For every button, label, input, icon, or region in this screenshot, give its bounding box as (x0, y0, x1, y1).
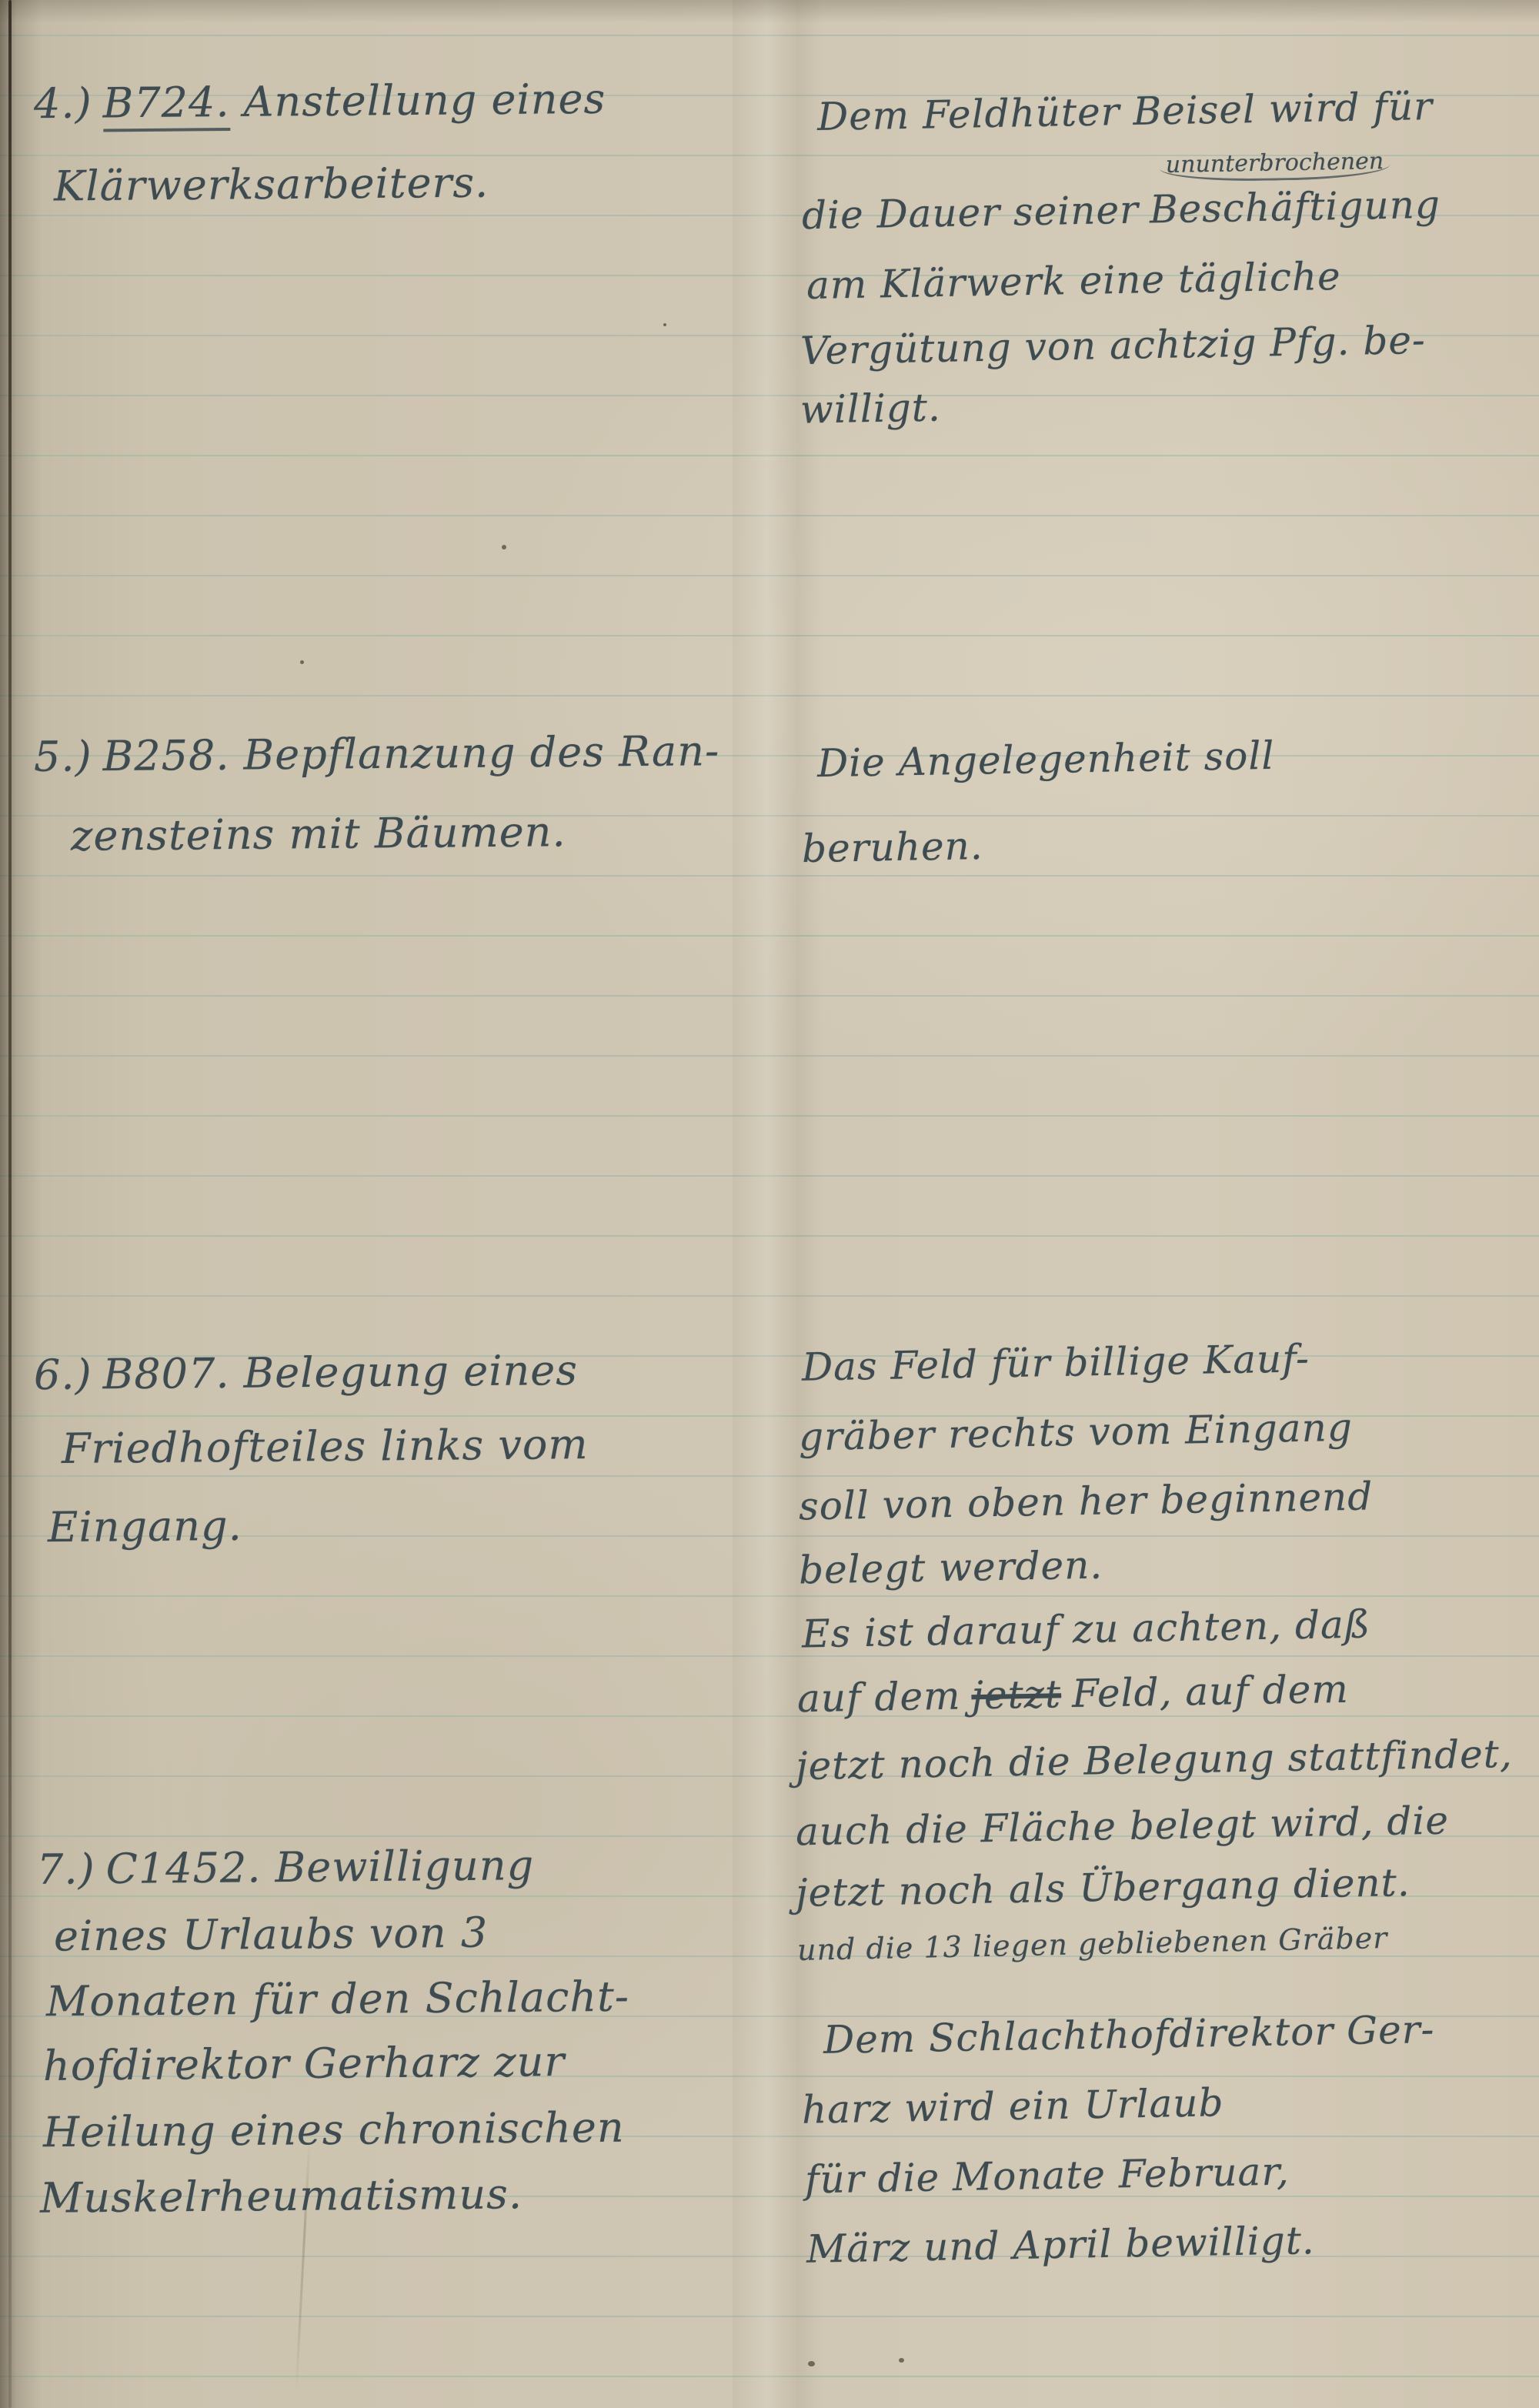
resolution-line: beruhen. (802, 823, 984, 871)
resolution-line: die Dauer seinerununterbrochenenBeschäft… (802, 182, 1441, 238)
subject-line: Bepflanzung des Ran- (243, 726, 719, 779)
entry-number: 7.) (37, 1845, 95, 1894)
subject-line: Klärwerksarbeiters. (54, 159, 489, 211)
entry-number: 6.) (34, 1350, 92, 1399)
resolution-line: für die Monate Februar, (805, 2149, 1290, 2203)
entry-ref: C1452. (105, 1843, 261, 1893)
entry-ref: B258. (102, 731, 229, 780)
subject-line: Heilung eines chronischen (43, 2103, 625, 2157)
resolution-line: jetzt noch die Belegung stattfindet, (796, 1732, 1514, 1788)
top-edge-shadow (0, 0, 1539, 23)
subject-heading-line: 4.)B724.Anstellung eines (34, 75, 606, 128)
resolution-line: Das Feld für billige Kauf- (802, 1336, 1310, 1390)
subject-line: Monaten für den Schlacht- (46, 1972, 630, 2026)
entry-ref: B724. (102, 78, 230, 132)
subject-line: Friedhofteiles links vom (62, 1420, 589, 1473)
resolution-line: Die Angelegenheit soll (817, 733, 1275, 786)
resolution-line: März und April bewilligt. (806, 2218, 1316, 2272)
resolution-line: am Klärwerk eine tägliche (806, 254, 1342, 308)
subject-heading-line: 7.)C1452.Bewilligung (37, 1841, 535, 1894)
page-edge-line (8, 0, 12, 2408)
ink-speck (663, 323, 666, 326)
subject-line: Muskelrheumatismus. (40, 2169, 523, 2222)
notebook-page: 4.)B724.Anstellung eines Klärwerksarbeit… (0, 0, 1539, 2408)
subject-heading-line: 5.)B258.Bepflanzung des Ran- (34, 726, 720, 781)
resolution-line: und die 13 liegen gebliebenen Gräber (797, 1921, 1388, 1967)
binding-shadow (0, 0, 42, 2408)
entry-number: 5.) (34, 732, 92, 781)
resolution-line: harz wird ein Urlaub (802, 2080, 1224, 2132)
ink-speck (899, 2358, 904, 2363)
ink-speck (300, 660, 304, 664)
resolution-line: Dem Schlachthofdirektor Ger- (823, 2007, 1435, 2062)
resolution-line: Es ist darauf zu achten, daß (802, 1602, 1371, 1657)
struck-word: jetzt (971, 1672, 1062, 1718)
subject-line: Anstellung eines (243, 75, 606, 126)
inserted-word: ununterbrochenen (1160, 148, 1390, 182)
resolution-line: willigt. (800, 385, 942, 432)
resolution-line: soll von oben her beginnend (799, 1474, 1374, 1528)
resolution-line: Vergütung von achtzig Pfg. be- (800, 318, 1427, 373)
subject-line: Belegung eines (243, 1346, 578, 1398)
resolution-line: auch die Fläche belegt wird, die (796, 1798, 1450, 1855)
ink-speck (502, 545, 506, 549)
subject-line: hofdirektor Gerharz zur (43, 2037, 566, 2090)
resolution-line: belegt werden. (799, 1543, 1103, 1593)
entry-number: 4.) (34, 79, 92, 129)
subject-line: Eingang. (48, 1501, 242, 1551)
entry-ref: B807. (102, 1349, 229, 1398)
resolution-line: Dem Feldhüter Beisel wird für (817, 84, 1434, 139)
resolution-line: auf demjetztFeld, auf dem (797, 1667, 1350, 1722)
subject-line: zensteins mit Bäumen. (71, 807, 566, 860)
subject-heading-line: 6.)B807.Belegung eines (34, 1346, 578, 1399)
resolution-line: gräber rechts vom Eingang (799, 1405, 1354, 1460)
ink-speck (808, 2361, 815, 2366)
subject-line: Bewilligung (275, 1841, 534, 1892)
subject-line: eines Urlaubs von 3 (54, 1909, 489, 1961)
resolution-line: jetzt noch als Übergang dient. (796, 1860, 1411, 1915)
